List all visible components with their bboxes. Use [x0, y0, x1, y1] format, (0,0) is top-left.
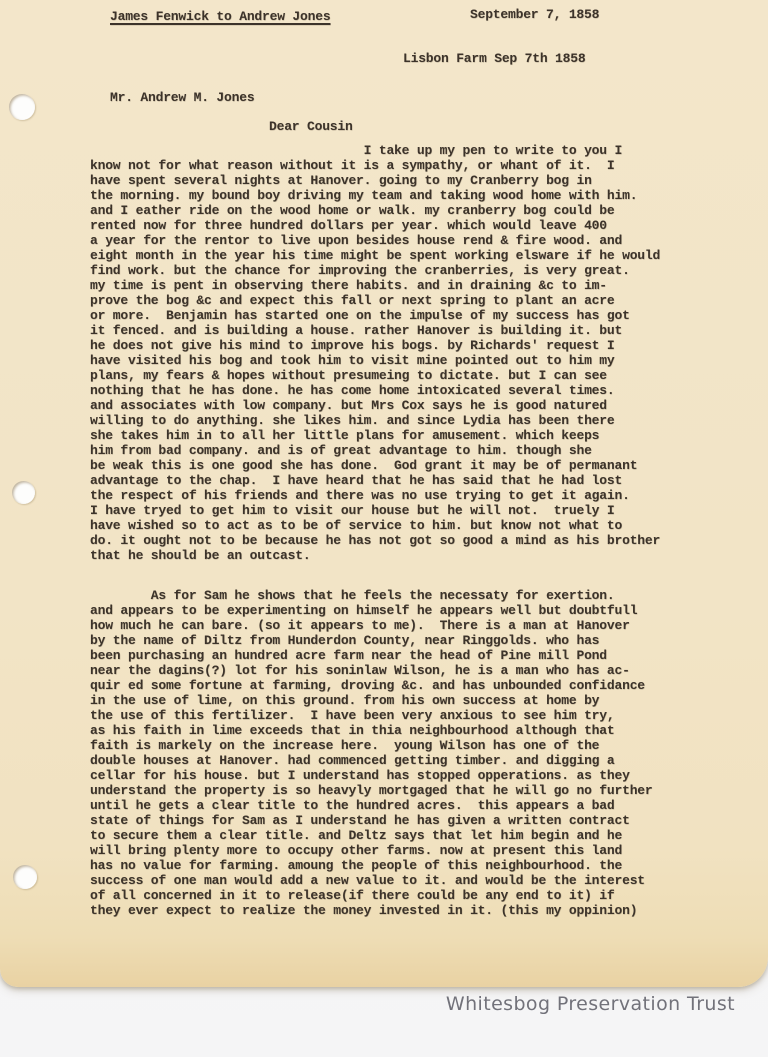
scanned-letter-view: James Fenwick to Andrew Jones September …	[0, 0, 768, 1057]
letter-dateline: Lisbon Farm Sep 7th 1858	[403, 51, 585, 66]
watermark-text: Whitesbog Preservation Trust	[446, 993, 735, 1015]
punch-hole-top	[9, 94, 35, 120]
letter-paper: James Fenwick to Andrew Jones September …	[0, 0, 768, 987]
letter-header-title: James Fenwick to Andrew Jones	[110, 9, 330, 24]
letter-salutation: Dear Cousin	[269, 119, 353, 134]
letter-recipient: Mr. Andrew M. Jones	[110, 90, 254, 105]
letter-header-date: September 7, 1858	[470, 7, 599, 22]
letter-paragraph-1: I take up my pen to write to you I know …	[90, 143, 660, 563]
punch-hole-middle	[12, 481, 35, 504]
letter-paragraph-2: As for Sam he shows that he feels the ne…	[90, 588, 653, 918]
punch-hole-bottom	[13, 865, 37, 889]
